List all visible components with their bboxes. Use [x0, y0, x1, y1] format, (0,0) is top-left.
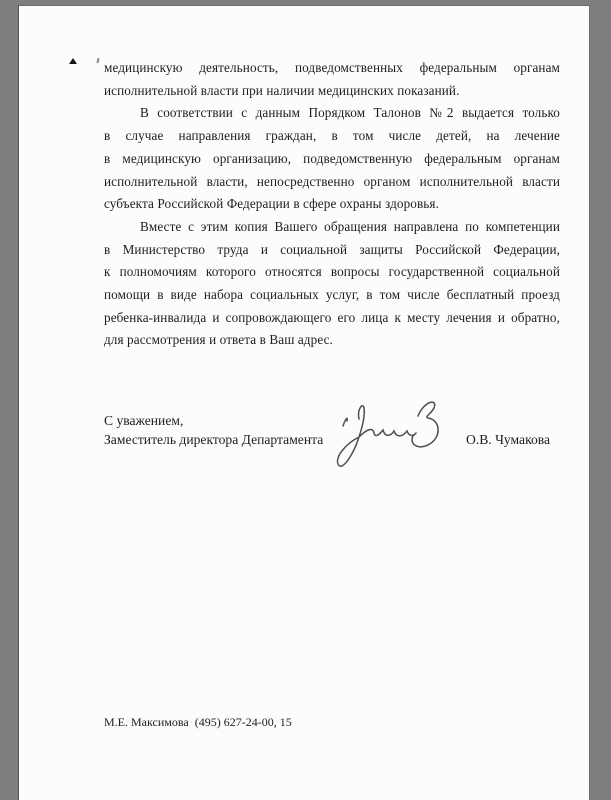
text-line: субъекта Российской Федерации в сфере ох… — [104, 193, 560, 216]
paragraph: медицинскую деятельность, подведомственн… — [104, 57, 560, 102]
text-line: медицинскую деятельность, подведомственн… — [104, 57, 560, 80]
signer-name: О.В. Чумакова — [466, 432, 550, 448]
text-line: исполнительной власти, непосредственно о… — [104, 171, 560, 194]
closing-line: С уважением, — [104, 411, 323, 430]
text-line: В соответствии с данным Порядком Талонов… — [104, 102, 560, 125]
text-line: исполнительной власти при наличии медици… — [104, 80, 560, 103]
text-line: в Министерство труда и социальной защиты… — [104, 239, 560, 262]
text-line: в медицинскую организацию, подведомствен… — [104, 148, 560, 171]
signer-title: Заместитель директора Департамента — [104, 430, 323, 449]
text-line: к полномочиям которого относятся вопросы… — [104, 261, 560, 284]
paragraph: Вместе с этим копия Вашего обращения нап… — [104, 216, 560, 352]
signature-block: С уважением, Заместитель директора Депар… — [104, 411, 323, 449]
handwritten-signature — [319, 389, 449, 489]
paragraph: В соответствии с данным Порядком Талонов… — [104, 102, 560, 216]
text-line: Вместе с этим копия Вашего обращения нап… — [104, 216, 560, 239]
text-line: в случае направления граждан, в том числ… — [104, 125, 560, 148]
executor-contact: М.Е. Максимова (495) 627-24-00, 15 — [104, 715, 292, 730]
scan-artifact-triangle — [69, 58, 77, 64]
document-page: медицинскую деятельность, подведомственн… — [18, 5, 590, 800]
scanned-letter-screenshot: { "page": { "background": "#7e7e7e", "pa… — [0, 0, 611, 800]
text-line: ребенка-инвалида и сопровождающего его л… — [104, 307, 560, 330]
scan-speck — [96, 58, 99, 63]
letter-body: медицинскую деятельность, подведомственн… — [104, 57, 560, 352]
text-line: помощи в виде набора социальных услуг, в… — [104, 284, 560, 307]
text-line: для рассмотрения и ответа в Ваш адрес. — [104, 329, 560, 352]
